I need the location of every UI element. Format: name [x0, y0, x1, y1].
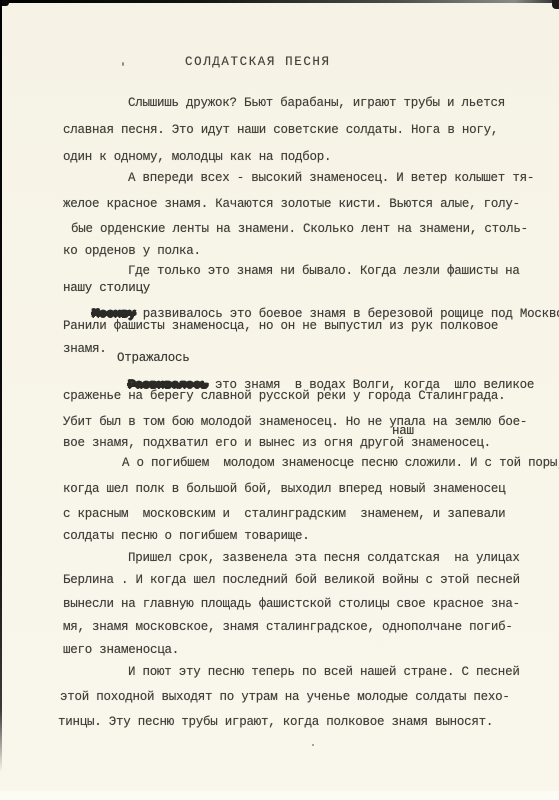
- text-line: тинцы. Эту песню трубы играют, когда пол…: [58, 715, 493, 729]
- text-line: А впереди всех - высокий знаменосец. И в…: [128, 171, 534, 185]
- text-line: Ранили фашисты знаменосца, но он не выпу…: [63, 319, 498, 333]
- text-line: один к одному, молодцы как на подбор.: [63, 150, 331, 164]
- text-line: Берлина . И когда шел последний бой вели…: [63, 573, 520, 587]
- text-line: этой походной выходят по утрам на ученье…: [60, 690, 510, 704]
- text-line: когда шел полк в большой бой, выходил вп…: [63, 482, 505, 496]
- text-line: мя, знамя московское, знамя сталинградск…: [63, 620, 513, 634]
- scan-left-edge: [0, 0, 2, 772]
- text-line: Убит был в том бою молодой знаменосец. Н…: [63, 415, 527, 429]
- text-line: ко орденов у полка.: [63, 244, 201, 258]
- document-title: СОЛДАТСКАЯ ПЕСНЯ: [185, 55, 331, 69]
- page-bottom-edge: [0, 791, 559, 800]
- text-line: Где только это знамя ни бывало. Когда ле…: [128, 264, 520, 278]
- text-line: с красным московским и сталинградским зн…: [63, 507, 505, 521]
- text-line: Слышишь дружок? Бьют барабаны, играют тр…: [128, 96, 505, 110]
- inserted-correction: Отражалось: [117, 351, 190, 365]
- scanned-page: СОЛДАТСКАЯ ПЕСНЯ Слышишь дружок? Бьют ба…: [0, 0, 559, 800]
- text-line: Пришел срок, зазвенела эта песня солдатс…: [128, 551, 520, 565]
- text-line: знамя.: [63, 342, 107, 356]
- text-line: вынесли на главную площадь фашистской ст…: [63, 597, 520, 611]
- text-line: шего знаменосца.: [63, 643, 179, 657]
- scan-top-right-mark: [552, 0, 559, 9]
- text-line: бые орденские ленты на знамени. Сколько …: [71, 222, 528, 236]
- text-line: вое знамя, подхватил его и вынес из огня…: [63, 436, 491, 450]
- paper-speck: [312, 744, 314, 746]
- text-line: славная песня. Это идут наши советские с…: [63, 123, 498, 137]
- paper-speck: [122, 62, 124, 66]
- text-line: солдаты песню о погибшем товарище.: [63, 529, 310, 543]
- text-line: И поют эту песню теперь по всей нашей ст…: [128, 665, 520, 679]
- text-line: сраженье на берегу славной русской реки …: [63, 389, 505, 403]
- text-line: А о погибшем молодом знаменосце песню сл…: [122, 456, 559, 470]
- scan-top-edge: [0, 0, 559, 3]
- text-line: желое красное знамя. Качаются золотые ки…: [63, 197, 520, 211]
